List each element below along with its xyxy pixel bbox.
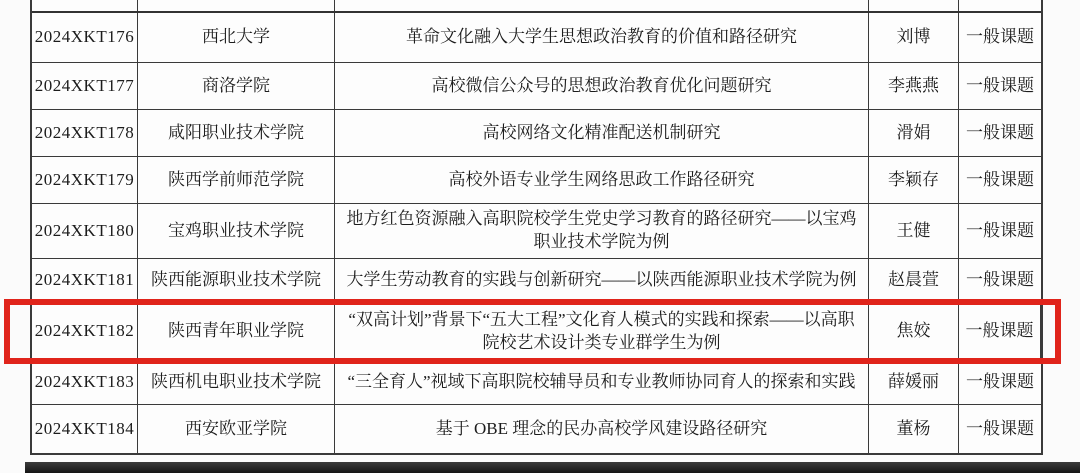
project-code: 2024XKT181 [32,259,138,302]
project-title: “双高计划”背景下“五大工程”文化育人模式的实践和探索——以高职院校艺术设计类专… [335,303,869,360]
institution: 西北大学 [138,13,335,62]
table-row: 2024XKT180 宝鸡职业技术学院 地方红色资源融入高职院校学生党史学习教育… [32,204,1041,259]
institution: 陕西机电职业技术学院 [138,361,335,404]
category: 一般课题 [959,303,1041,360]
project-title: 基于 OBE 理念的民办高校学风建设路径研究 [335,405,869,453]
table-row: 2024XKT178 咸阳职业技术学院 高校网络文化精准配送机制研究 滑娟 一般… [32,110,1041,157]
institution-cell [138,0,335,11]
project-leader: 赵晨萱 [869,259,959,302]
institution: 咸阳职业技术学院 [138,110,335,156]
table-row: 2024XKT179 陕西学前师范学院 高校外语专业学生网络思政工作路径研究 李… [32,157,1041,204]
table-row: 2024XKT184 西安欧亚学院 基于 OBE 理念的民办高校学风建设路径研究… [32,405,1041,453]
project-title-cell [335,0,869,11]
project-leader: 李燕燕 [869,63,959,109]
document-page: 2024XKT176 西北大学 革命文化融入大学生思想政治教育的价值和路径研究 … [0,0,1080,473]
project-code: 2024XKT184 [32,405,138,453]
project-code: 2024XKT179 [32,157,138,203]
category: 一般课题 [959,259,1041,302]
category: 一般课题 [959,157,1041,203]
project-leader: 薛媛丽 [869,361,959,404]
project-code: 2024XKT178 [32,110,138,156]
category: 一般课题 [959,110,1041,156]
institution: 陕西学前师范学院 [138,157,335,203]
project-code: 2024XKT182 [32,303,138,360]
institution: 西安欧亚学院 [138,405,335,453]
category: 一般课题 [959,405,1041,453]
project-title: 地方红色资源融入高职院校学生党史学习教育的路径研究——以宝鸡职业技术学院为例 [335,204,869,258]
project-leader: 滑娟 [869,110,959,156]
project-leader: 刘博 [869,13,959,62]
project-title: 革命文化融入大学生思想政治教育的价值和路径研究 [335,13,869,62]
project-code: 2024XKT176 [32,13,138,62]
project-title: “三全育人”视域下高职院校辅导员和专业教师协同育人的探索和实践 [335,361,869,404]
table-row: 2024XKT183 陕西机电职业技术学院 “三全育人”视域下高职院校辅导员和专… [32,361,1041,405]
category: 一般课题 [959,13,1041,62]
project-title: 高校网络文化精准配送机制研究 [335,110,869,156]
institution: 陕西能源职业技术学院 [138,259,335,302]
project-title: 高校微信公众号的思想政治教育优化问题研究 [335,63,869,109]
institution: 宝鸡职业技术学院 [138,204,335,258]
project-title: 高校外语专业学生网络思政工作路径研究 [335,157,869,203]
project-leader: 董杨 [869,405,959,453]
screenshot-bottom-edge [25,462,1080,473]
project-title: 大学生劳动教育的实践与创新研究——以陕西能源职业技术学院为例 [335,259,869,302]
institution: 陕西青年职业学院 [138,303,335,360]
table-row: 2024XKT176 西北大学 革命文化融入大学生思想政治教育的价值和路径研究 … [32,13,1041,63]
table-row: 2024XKT177 商洛学院 高校微信公众号的思想政治教育优化问题研究 李燕燕… [32,63,1041,110]
category-cell [959,0,1041,11]
project-leader: 焦姣 [869,303,959,360]
institution: 商洛学院 [138,63,335,109]
table-row-cutoff [32,0,1041,13]
project-code: 2024XKT183 [32,361,138,404]
category: 一般课题 [959,361,1041,404]
project-list-table: 2024XKT176 西北大学 革命文化融入大学生思想政治教育的价值和路径研究 … [30,0,1043,455]
category: 一般课题 [959,63,1041,109]
project-code-cell [32,0,138,11]
project-code: 2024XKT180 [32,204,138,258]
table-row: 2024XKT181 陕西能源职业技术学院 大学生劳动教育的实践与创新研究——以… [32,259,1041,303]
table-row-highlighted: 2024XKT182 陕西青年职业学院 “双高计划”背景下“五大工程”文化育人模… [32,303,1041,361]
category: 一般课题 [959,204,1041,258]
project-leader-cell [869,0,959,11]
project-code: 2024XKT177 [32,63,138,109]
project-leader: 李颖存 [869,157,959,203]
project-leader: 王健 [869,204,959,258]
